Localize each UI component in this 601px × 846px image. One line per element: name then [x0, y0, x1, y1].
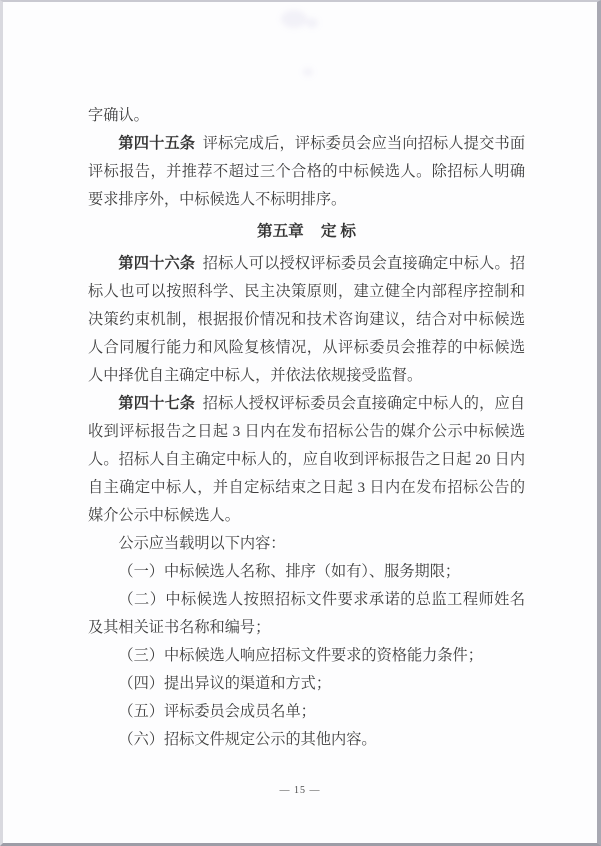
- article-47-body: 招标人授权评标委员会直接确定中标人的，应自收到评标报告之日起 3 日内在发布招标…: [88, 395, 525, 524]
- publicity-item-1: （一）中标候选人名称、排序（如有）、服务期限；: [88, 558, 525, 586]
- publicity-item-3: （三）中标候选人响应招标文件要求的资格能力条件；: [88, 642, 525, 670]
- publicity-item-5: （五）评标委员会成员名单；: [88, 698, 525, 726]
- scan-artifact: [303, 68, 313, 76]
- article-47-number: 第四十七条: [118, 395, 195, 412]
- publicity-item-2: （二）中标候选人按照招标文件要求承诺的总监工程师姓名及其相关证书名称和编号；: [88, 586, 525, 642]
- scan-artifact: [306, 18, 318, 28]
- chapter-title: 定 标: [321, 223, 356, 240]
- document-body: 字确认。 第四十五条评标完成后，评标委员会应当向招标人提交书面评标报告，并推荐不…: [88, 102, 525, 754]
- publicity-intro: 公示应当载明以下内容：: [88, 530, 525, 558]
- article-47: 第四十七条招标人授权评标委员会直接确定中标人的，应自收到评标报告之日起 3 日内…: [88, 390, 525, 530]
- page-number: — 15 —: [3, 785, 597, 796]
- publicity-item-4: （四）提出异议的渠道和方式；: [88, 670, 525, 698]
- document-page: 字确认。 第四十五条评标完成后，评标委员会应当向招标人提交书面评标报告，并推荐不…: [0, 0, 601, 846]
- continuation-text: 字确认。: [88, 102, 525, 130]
- article-46-body: 招标人可以授权评标委员会直接确定中标人。招标人也可以按照科学、民主决策原则，建立…: [88, 255, 525, 384]
- article-46-number: 第四十六条: [118, 255, 195, 272]
- publicity-item-6: （六）招标文件规定公示的其他内容。: [88, 726, 525, 754]
- article-46: 第四十六条招标人可以授权评标委员会直接确定中标人。招标人也可以按照科学、民主决策…: [88, 250, 525, 390]
- chapter-heading: 第五章定 标: [88, 218, 525, 246]
- article-45: 第四十五条评标完成后，评标委员会应当向招标人提交书面评标报告，并推荐不超过三个合…: [88, 130, 525, 214]
- scan-artifact: [281, 10, 307, 28]
- article-45-number: 第四十五条: [118, 135, 195, 152]
- chapter-label: 第五章: [257, 223, 304, 240]
